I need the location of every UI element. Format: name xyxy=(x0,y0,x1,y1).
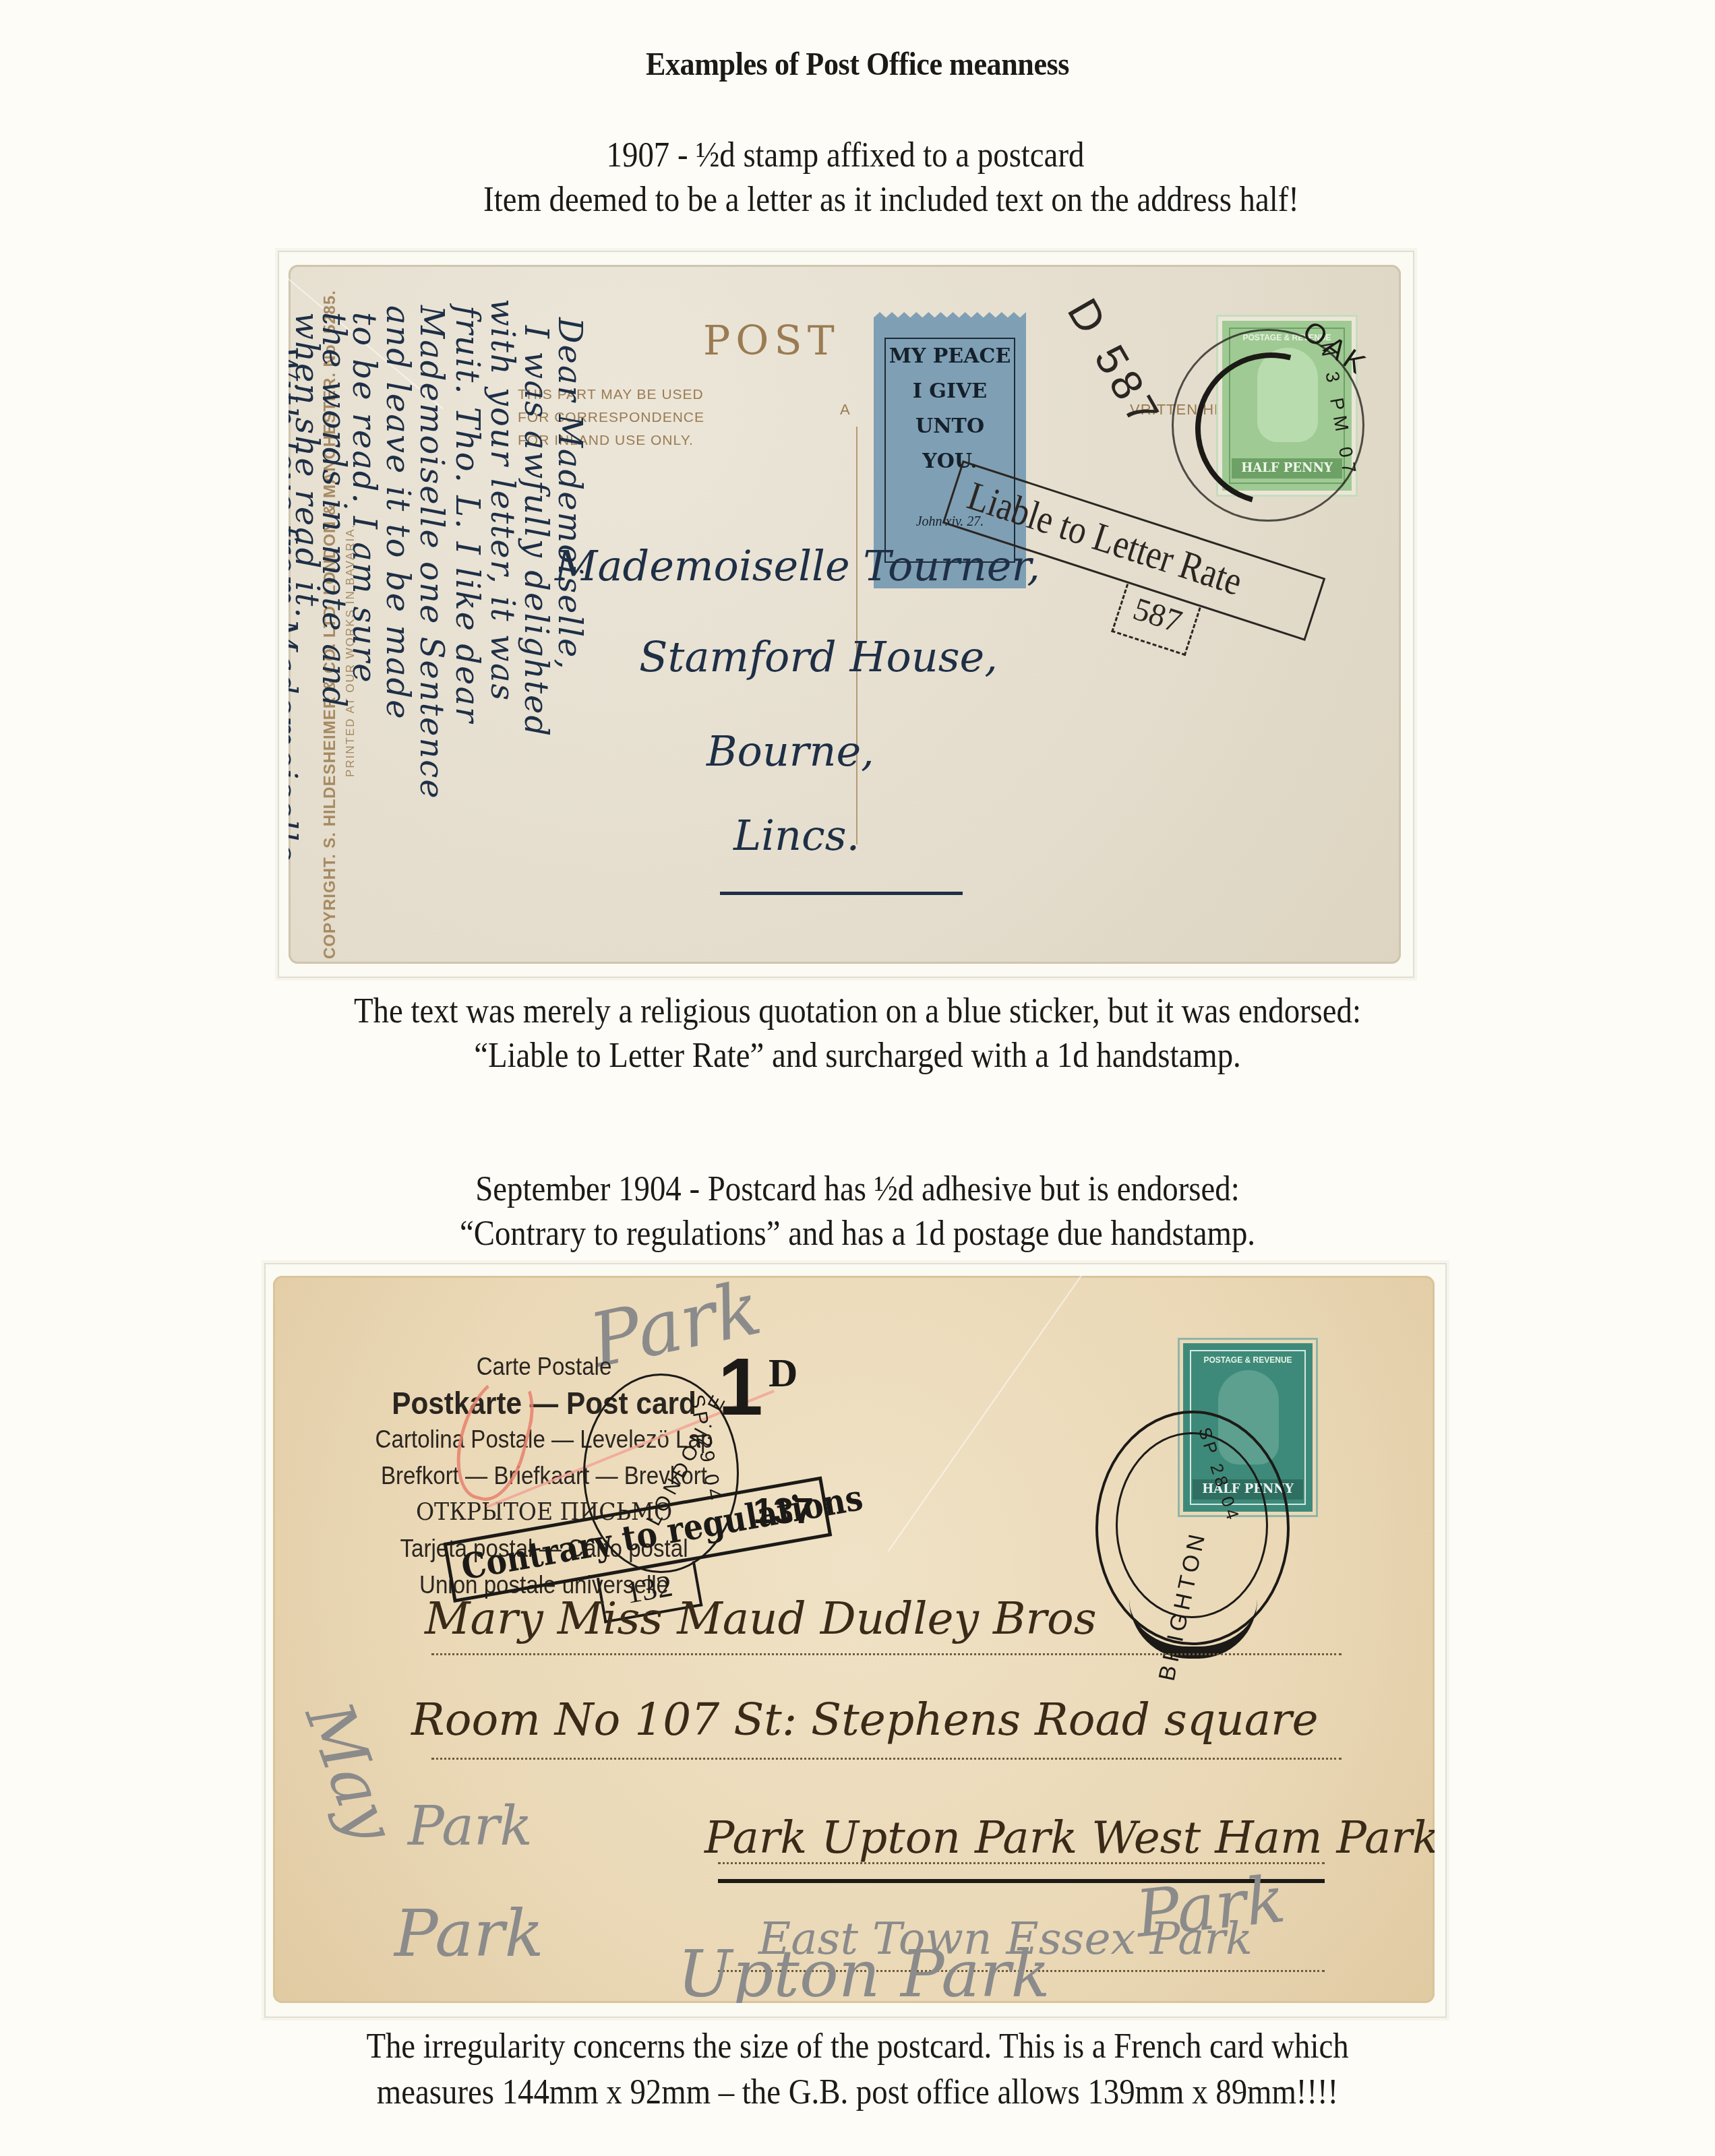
sticker-quote: MY PEACE I GIVE UNTO YOU. xyxy=(874,339,1026,479)
message-line: fruit. Tho. L. I like dear xyxy=(448,305,486,724)
postcard-1904: Park Carte Postale Postkarte — Post card… xyxy=(273,1276,1435,2003)
pencil-annotation: May xyxy=(291,1692,410,1851)
section1-caption-line2: “Liable to Letter Rate” and surcharged w… xyxy=(86,1034,1629,1078)
sticker-line: I GIVE xyxy=(874,374,1026,409)
address-line: Lincs. xyxy=(733,811,860,860)
duplex-cancel-number: D 587 xyxy=(1058,290,1172,438)
message-line: with your letter, it was xyxy=(483,299,521,702)
postcard-1907: POST THIS PART MAY BE USED FOR CORRESPON… xyxy=(289,265,1401,964)
sticker-line: UNTO xyxy=(874,409,1026,444)
section1-caption-line1: The text was merely a religious quotatio… xyxy=(86,989,1629,1034)
address-line: Park Upton Park West Ham Park xyxy=(704,1812,1435,1864)
section2-heading-line2: “Contrary to regulations” and has a 1d p… xyxy=(86,1212,1629,1256)
address-line: Mademoiselle Tourner, xyxy=(555,541,1040,590)
address-line: Room No 107 St: Stephens Road square xyxy=(411,1694,1319,1746)
address-line: Mary Miss Maud Dudley Bros xyxy=(425,1593,1097,1644)
postage-due-unit: D xyxy=(769,1350,798,1396)
printed-post-label: POST xyxy=(703,317,840,365)
message-line: and leave it to be made xyxy=(379,305,417,720)
pencil-annotation: Park xyxy=(408,1795,533,1857)
address-dotted-line xyxy=(431,1653,1342,1655)
section2-caption-line2: measures 144mm x 92mm – the G.B. post of… xyxy=(86,2070,1629,2115)
sticker-line: MY PEACE xyxy=(874,339,1026,374)
postage-due-value: 1 xyxy=(718,1341,763,1434)
page-title: Examples of Post Office meanness xyxy=(69,46,1646,83)
section2-caption-line1: The irregularity concerns the size of th… xyxy=(86,2025,1629,2069)
address-note-start: A xyxy=(840,401,851,419)
pencil-annotation: Park xyxy=(394,1896,544,1971)
section1-heading-line1: 1907 - ½d stamp affixed to a postcard xyxy=(73,133,1617,178)
pencil-annotation: Upton Park xyxy=(678,1936,1050,2003)
message-line: I was awfully delighted xyxy=(517,326,555,737)
address-dotted-line xyxy=(431,1758,1342,1760)
message-line: With love from Mademoiselle xyxy=(289,346,303,863)
handstamp-number: 587 xyxy=(1111,584,1201,656)
pencil-annotation: Park xyxy=(1133,1861,1289,1952)
address-line: Stamford House, xyxy=(639,632,998,681)
section1-heading-line2: Item deemed to be a letter as it include… xyxy=(119,178,1663,222)
message-line: Dear Mademoiselle, xyxy=(551,317,589,671)
section2-heading-line1: September 1904 - Postcard has ½d adhesiv… xyxy=(86,1167,1629,1212)
address-dotted-line xyxy=(718,1862,1325,1864)
address-line: Bourne, xyxy=(706,727,874,776)
stamp-top-label: POSTAGE & REVENUE xyxy=(1183,1355,1313,1365)
address-underline xyxy=(720,892,963,895)
message-line: Mademoiselle one Sentence xyxy=(413,305,450,800)
